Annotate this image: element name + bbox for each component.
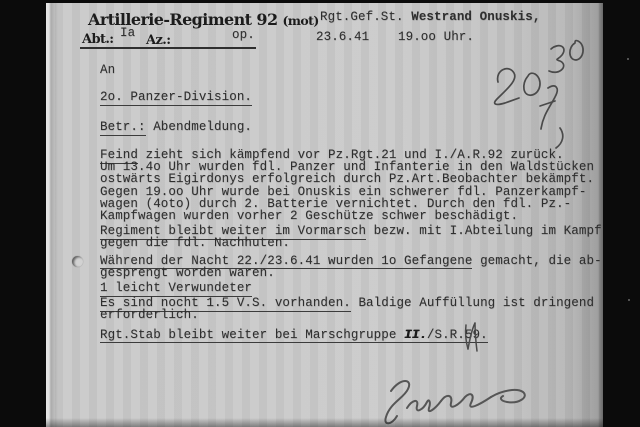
handwritten-time-note: [480, 36, 600, 150]
film-speck: [627, 58, 629, 60]
regiment-title-text: Artillerie-Regiment 92: [88, 10, 278, 29]
footer-line-overwritten: II.: [403, 329, 428, 341]
signature-handwriting: [377, 375, 552, 427]
punch-hole: [72, 256, 83, 267]
subject-value: Abendmeldung.: [146, 120, 252, 134]
recipient-unit-text: 2o. Panzer-Division.: [100, 90, 252, 106]
subject-line: Betr.: Abendmeldung.: [100, 121, 252, 133]
footer-line: Rgt.Stab bleibt weiter bei Marschgruppe …: [100, 329, 580, 341]
report-time: 19.oo Uhr.: [398, 31, 474, 43]
body-line: Kampfwagen wurden vorher 2 Geschütze sch…: [100, 210, 580, 222]
az-value: op.: [232, 29, 255, 41]
report-body: Feind zieht sich kämpfend vor Pz.Rgt.21 …: [100, 149, 580, 341]
station-place: Westrand Onuskis,: [411, 10, 540, 24]
handwritten-paraph: [462, 320, 480, 355]
az-label: Az.:: [146, 33, 170, 48]
film-speck: [628, 299, 630, 301]
subject-label: Betr.:: [100, 120, 146, 136]
abt-label: Abt.:: [82, 32, 114, 47]
document-page: Artillerie-Regiment 92 (mot) Rgt.Gef.St.…: [46, 3, 603, 427]
footer-line-pre: Rgt.Stab bleibt weiter bei Marschgruppe: [100, 328, 404, 342]
recipient-salutation: An: [100, 64, 115, 76]
station-line: Rgt.Gef.St. Westrand Onuskis,: [320, 11, 540, 23]
abt-value: Ia: [120, 27, 135, 39]
station-prefix: Rgt.Gef.St.: [320, 10, 411, 24]
recipient-unit: 2o. Panzer-Division.: [100, 91, 252, 103]
photo-frame: Artillerie-Regiment 92 (mot) Rgt.Gef.St.…: [0, 0, 640, 427]
report-date: 23.6.41: [316, 31, 369, 43]
body-line: 1 leicht Verwundeter: [100, 282, 580, 294]
form-rule: [80, 47, 256, 49]
regiment-title-suffix: (mot): [282, 13, 318, 28]
